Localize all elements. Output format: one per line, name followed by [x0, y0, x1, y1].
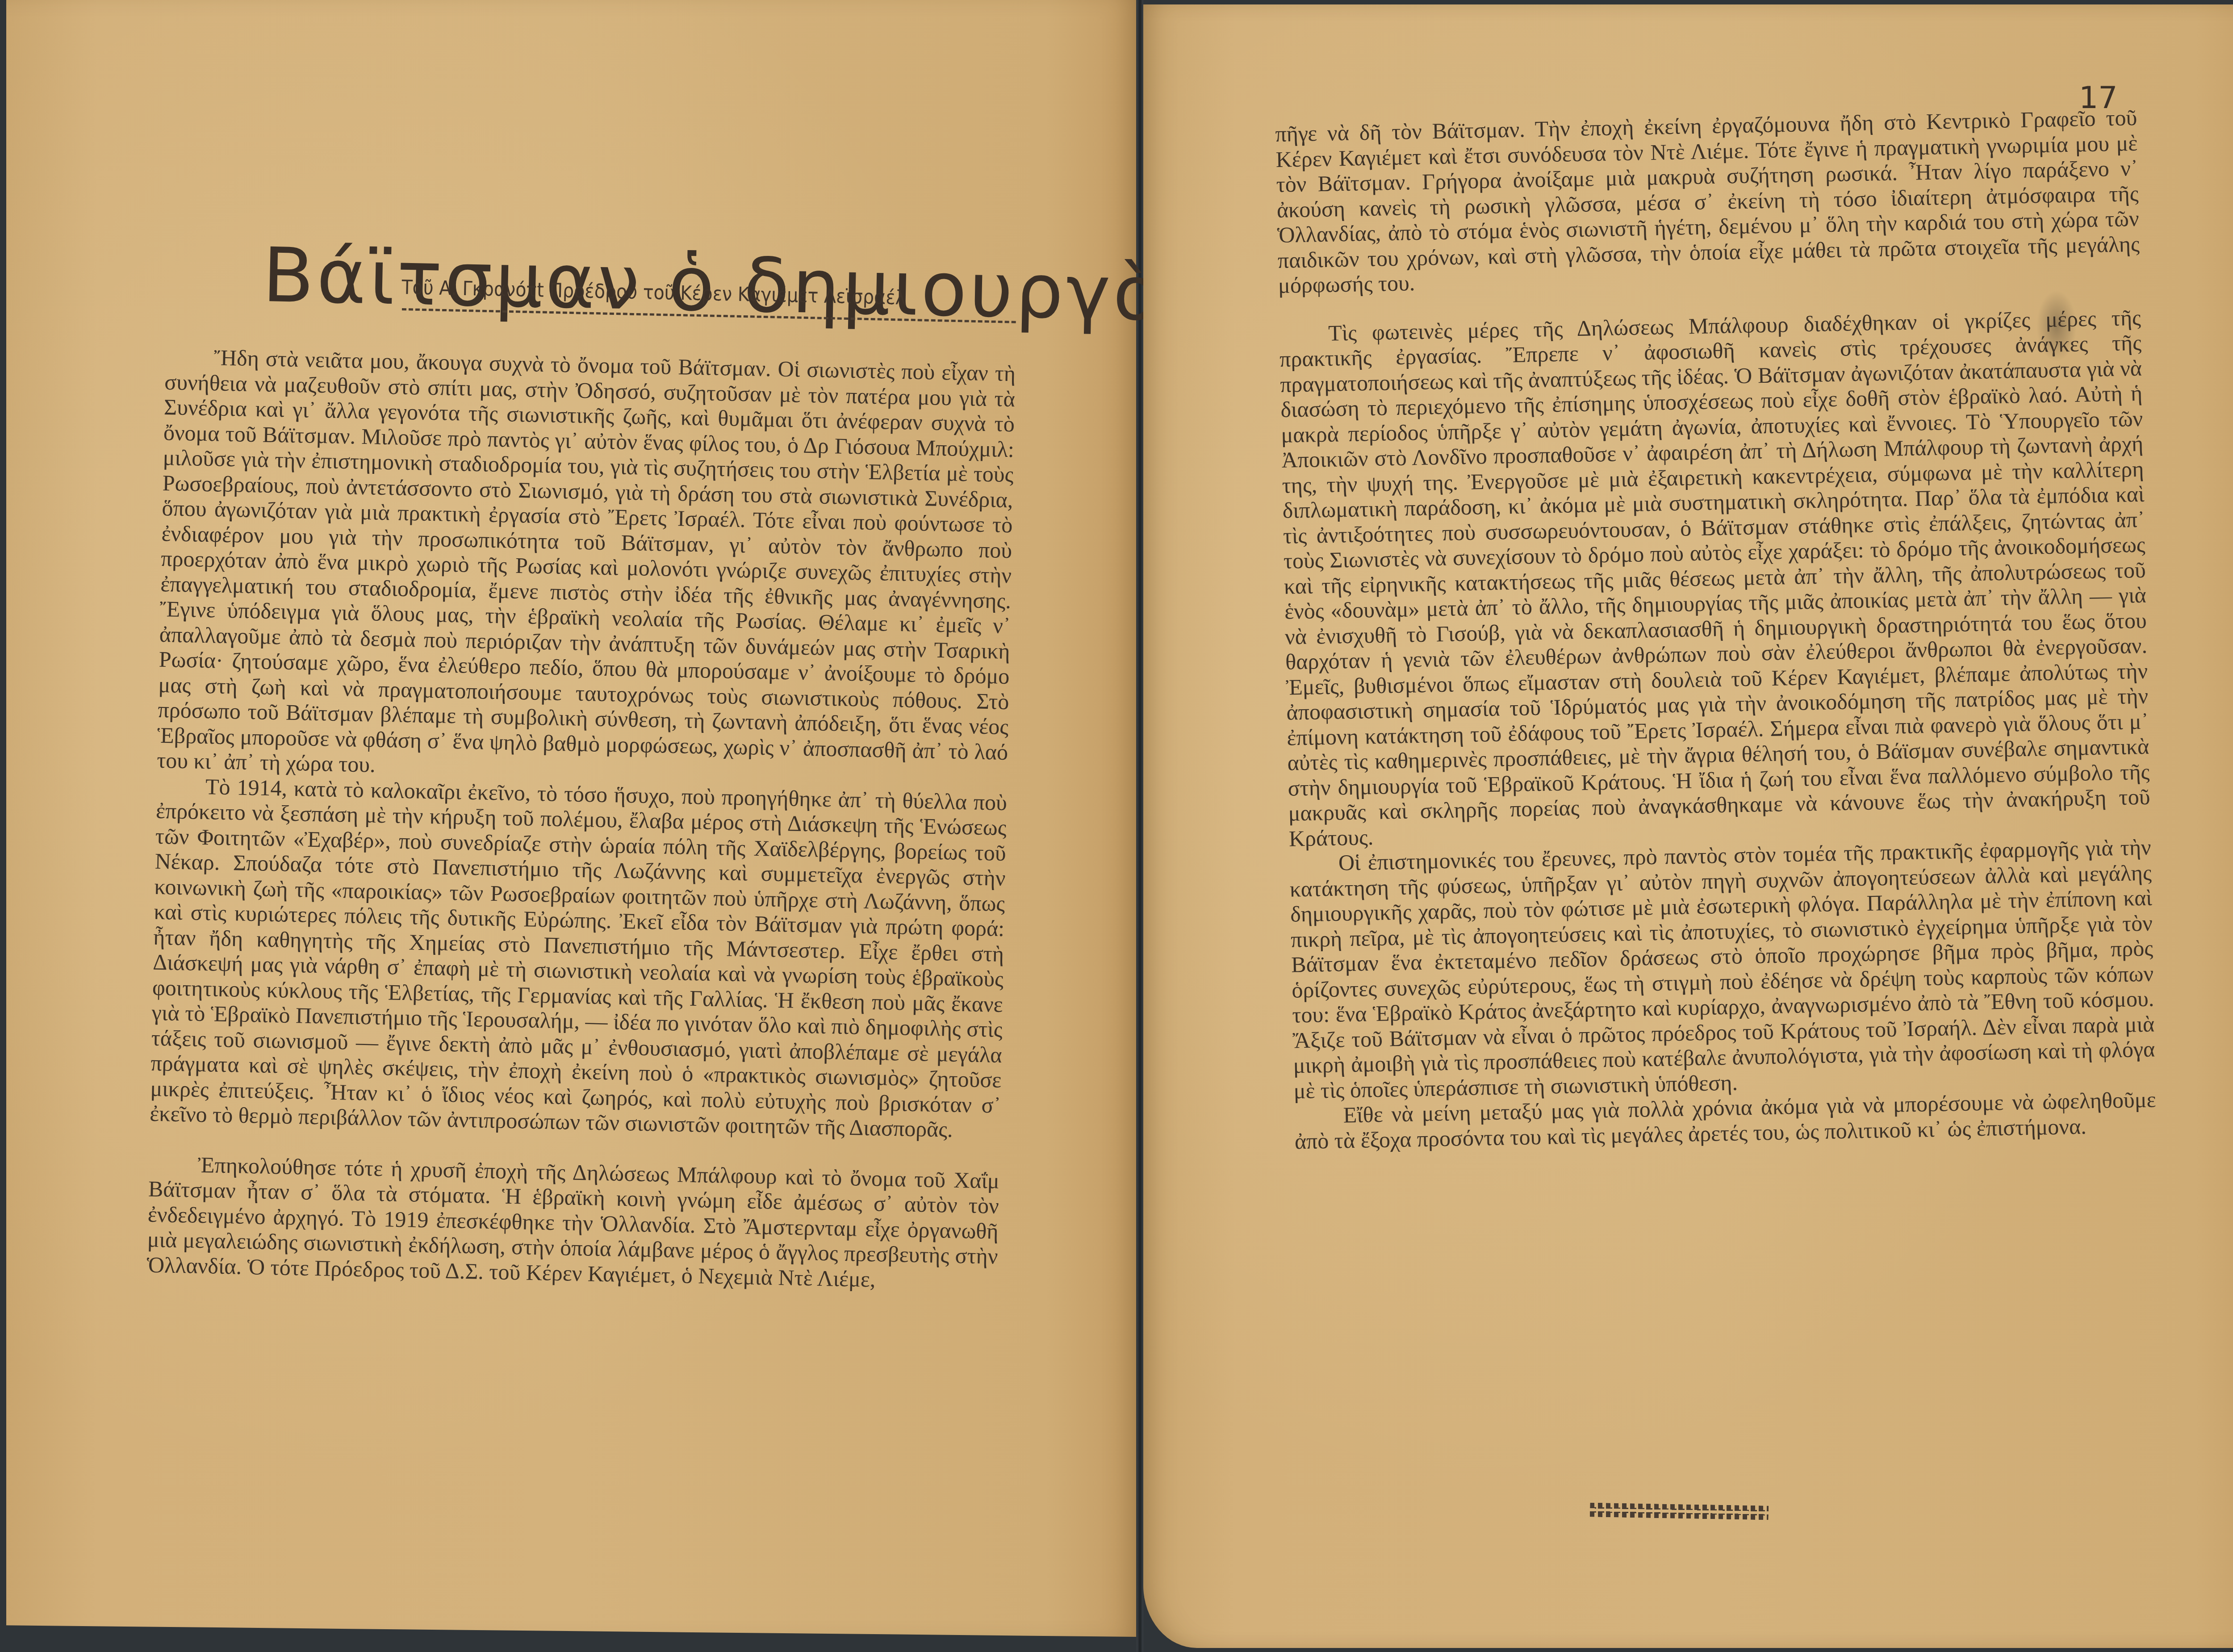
paragraph: Τὶς φωτεινὲς μέρες τῆς Δηλώσεως Μπάλφουρ…	[1279, 305, 2151, 851]
paragraph: Ἐπηκολούθησε τότε ἡ χρυσῆ ἐποχὴ τῆς Δηλώ…	[146, 1151, 999, 1294]
paragraph: Ἤδη στὰ νειᾶτα μου, ἄκουγα συχνὰ τὸ ὄνομ…	[157, 344, 1016, 790]
paragraph: Οἱ ἐπιστημονικές του ἔρευνες, πρὸ παντὸς…	[1289, 835, 2155, 1104]
book-gutter	[1137, 0, 1143, 1652]
paragraph: Τὸ 1914, κατὰ τὸ καλοκαῖρι ἐκεῖνο, τὸ τό…	[150, 773, 1007, 1143]
paragraph: πῆγε νὰ δῆ τὸν Βάϊτσμαν. Τὴν ἐποχὴ ἐκείν…	[1275, 105, 2140, 298]
right-page-body: πῆγε νὰ δῆ τὸν Βάϊτσμαν. Τὴν ἐποχὴ ἐκείν…	[1275, 105, 2157, 1154]
left-page-body: Ἤδη στὰ νειᾶτα μου, ἄκουγα συχνὰ τὸ ὄνομ…	[146, 344, 1016, 1294]
